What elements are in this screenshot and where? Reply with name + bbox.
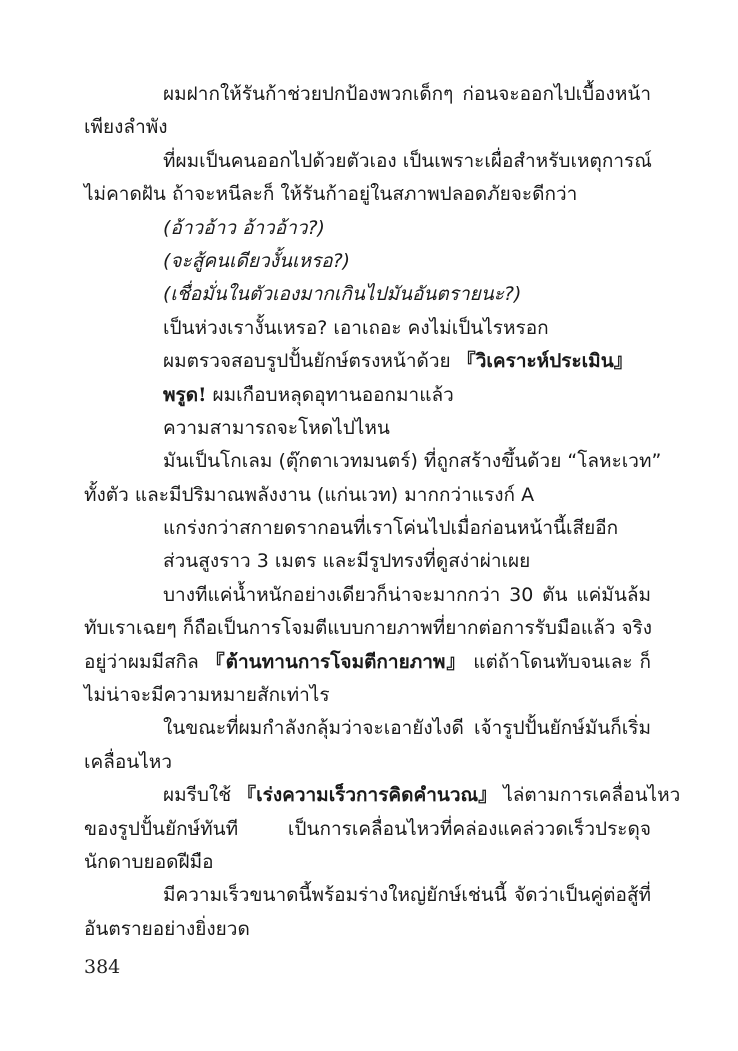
text-segment: ผมฝากให้รันก้าช่วยปกป้องพวกเด็กๆ ก่อนจะอ… — [163, 83, 651, 105]
text-line: เคลื่อนไหว — [84, 746, 651, 779]
text-segment: ไล่ตามการเคลื่อนไหว — [497, 784, 680, 806]
text-line: ของรูปปั้นยักษ์ทันที เป็นการเคลื่อนไหวที… — [84, 813, 651, 846]
text-line: (เชื่อมั่นในตัวเองมากเกินไปมันอันตรายนะ?… — [84, 278, 651, 311]
text-line: ไม่น่าจะมีความหมายสักเท่าไร — [84, 679, 651, 712]
emphasis-text: พรูด! — [163, 384, 206, 406]
thought-text: (เชื่อมั่นในตัวเองมากเกินไปมันอันตรายนะ?… — [163, 283, 521, 305]
text-segment: เคลื่อนไหว — [84, 751, 172, 773]
text-segment: อยู่ว่าผมมีสกิล — [84, 651, 206, 673]
emphasis-text: 『วิเคราะห์ประเมิน』 — [457, 350, 633, 372]
text-line: ความสามารถจะโหดไปไหน — [84, 412, 651, 445]
thought-text: (จะสู้คนเดียวงั้นเหรอ?) — [163, 250, 350, 272]
text-segment: ไม่คาดฝัน ถ้าจะหนีละก็ ให้รันก้าอยู่ในสภ… — [84, 183, 577, 205]
text-segment: นักดาบยอดฝีมือ — [84, 851, 214, 873]
text-line: บางทีแค่น้ำหนักอย่างเดียวก็น่าจะมากกว่า … — [84, 579, 651, 612]
text-line: ผมรีบใช้ 『เร่งความเร็วการคิดคำนวณ』 ไล่ตา… — [84, 779, 651, 812]
emphasis-text: 『เร่งความเร็วการคิดคำนวณ』 — [237, 784, 497, 806]
book-page: ผมฝากให้รันก้าช่วยปกป้องพวกเด็กๆ ก่อนจะอ… — [0, 0, 738, 1051]
text-segment: ส่วนสูงราว 3 เมตร และมีรูปทรงที่ดูสง่าผ่… — [163, 550, 530, 572]
text-segment: ที่ผมเป็นคนออกไปด้วยตัวเอง เป็นเพราะเผื่… — [163, 150, 652, 172]
text-segment: มันเป็นโกเลม (ตุ๊กตาเวทมนตร์) ที่ถูกสร้า… — [163, 450, 661, 472]
text-segment: แต่ถ้าโดนทับจนเละ ก็ — [466, 651, 651, 673]
text-line: ในขณะที่ผมกำลังกลุ้มว่าจะเอายังไงดี เจ้า… — [84, 712, 651, 745]
emphasis-text: 『ต้านทานการโจมตีกายภาพ』 — [206, 651, 467, 673]
text-line: อันตรายอย่างยิ่งยวด — [84, 913, 651, 946]
text-segment: ของรูปปั้นยักษ์ทันที เป็นการเคลื่อนไหวที… — [84, 818, 651, 840]
text-line: มีความเร็วขนาดนี้พร้อมร่างใหญ่ยักษ์เช่นน… — [84, 879, 651, 912]
text-line: นักดาบยอดฝีมือ — [84, 846, 651, 879]
text-line: ทั้งตัว และมีปริมาณพลังงาน (แก่นเวท) มาก… — [84, 479, 651, 512]
text-segment: ทั้งตัว และมีปริมาณพลังงาน (แก่นเวท) มาก… — [84, 484, 534, 506]
text-segment: ทับเราเฉยๆ ก็ถือเป็นการโจมตีแบบกายภาพที่… — [84, 617, 652, 639]
text-segment: เป็นห่วงเรางั้นเหรอ? เอาเถอะ คงไม่เป็นไร… — [163, 317, 549, 339]
text-line: เพียงลำพัง — [84, 111, 651, 144]
text-segment: บางทีแค่น้ำหนักอย่างเดียวก็น่าจะมากกว่า … — [163, 584, 651, 606]
text-line: (จะสู้คนเดียวงั้นเหรอ?) — [84, 245, 651, 278]
text-segment: อันตรายอย่างยิ่งยวด — [84, 918, 250, 940]
text-line: ไม่คาดฝัน ถ้าจะหนีละก็ ให้รันก้าอยู่ในสภ… — [84, 178, 651, 211]
text-line: พรูด! ผมเกือบหลุดอุทานออกมาแล้ว — [84, 379, 651, 412]
text-line: (อ้าวอ้าว อ้าวอ้าว?) — [84, 212, 651, 245]
text-line: ทับเราเฉยๆ ก็ถือเป็นการโจมตีแบบกายภาพที่… — [84, 612, 651, 645]
text-line: เป็นห่วงเรางั้นเหรอ? เอาเถอะ คงไม่เป็นไร… — [84, 312, 651, 345]
thought-text: (อ้าวอ้าว อ้าวอ้าว?) — [163, 217, 325, 239]
text-segment: ในขณะที่ผมกำลังกลุ้มว่าจะเอายังไงดี เจ้า… — [163, 717, 651, 739]
text-segment: มีความเร็วขนาดนี้พร้อมร่างใหญ่ยักษ์เช่นน… — [163, 884, 651, 906]
text-line: มันเป็นโกเลม (ตุ๊กตาเวทมนตร์) ที่ถูกสร้า… — [84, 445, 651, 478]
text-segment: ผมเกือบหลุดอุทานออกมาแล้ว — [206, 384, 453, 406]
body-text: ผมฝากให้รันก้าช่วยปกป้องพวกเด็กๆ ก่อนจะอ… — [84, 78, 651, 946]
text-line: ผมตรวจสอบรูปปั้นยักษ์ตรงหน้าด้วย 『วิเครา… — [84, 345, 651, 378]
text-line: ส่วนสูงราว 3 เมตร และมีรูปทรงที่ดูสง่าผ่… — [84, 545, 651, 578]
text-segment: ผมรีบใช้ — [163, 784, 237, 806]
page-number: 384 — [84, 956, 120, 978]
text-line: อยู่ว่าผมมีสกิล 『ต้านทานการโจมตีกายภาพ』 … — [84, 646, 651, 679]
text-segment: ความสามารถจะโหดไปไหน — [163, 417, 390, 439]
text-segment: เพียงลำพัง — [84, 116, 168, 138]
text-line: ที่ผมเป็นคนออกไปด้วยตัวเอง เป็นเพราะเผื่… — [84, 145, 651, 178]
text-segment: ไม่น่าจะมีความหมายสักเท่าไร — [84, 684, 330, 706]
text-segment: ผมตรวจสอบรูปปั้นยักษ์ตรงหน้าด้วย — [163, 350, 457, 372]
text-line: ผมฝากให้รันก้าช่วยปกป้องพวกเด็กๆ ก่อนจะอ… — [84, 78, 651, 111]
text-line: แกร่งกว่าสกายดรากอนที่เราโค่นไปเมื่อก่อน… — [84, 512, 651, 545]
text-segment: แกร่งกว่าสกายดรากอนที่เราโค่นไปเมื่อก่อน… — [163, 517, 618, 539]
